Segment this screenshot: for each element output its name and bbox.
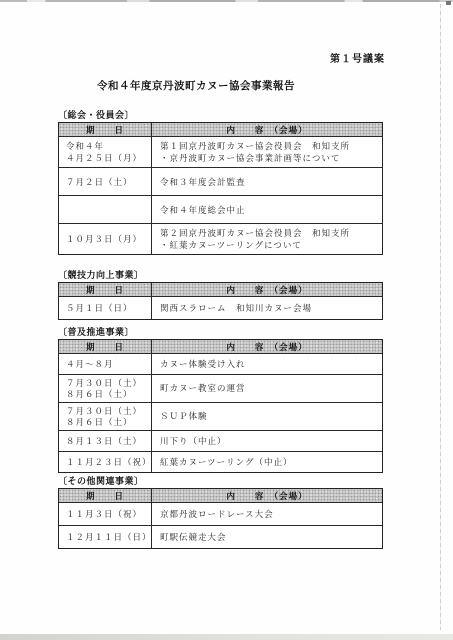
content-cell: 町カヌー教室の運営 (152, 375, 382, 402)
date-cell: ８月１３日（土） (59, 431, 152, 451)
column-header-date: 期 日 (59, 123, 152, 136)
content-text: 令和４年度総会中止 (160, 204, 378, 216)
table-row: １１月３日（祝）京都丹波ロードレース大会 (59, 502, 382, 525)
content-text: 川下り（中止） (160, 436, 378, 447)
table-row: １２月１１日（日）町駅伝競走大会 (59, 525, 382, 548)
table-header-row: 期 日 内 容 （会場） (59, 283, 382, 296)
content-text: ・京丹波町カヌー協会事業計画等について (160, 152, 378, 164)
table-row: ８月１３日（土）川下り（中止） (59, 430, 382, 451)
date-text: １１月３日（祝） (66, 509, 147, 520)
report-section: 〔競技力向上事業〕 期 日 内 容 （会場） ５月１日（日）関西スラローム 和知… (58, 270, 383, 320)
content-text: 第２回京丹波町カヌー協会役員会 和知支所 (160, 227, 378, 239)
column-header-content: 内 容 （会場） (152, 123, 382, 136)
content-cell: 関西スラローム 和知川カヌー会場 (152, 297, 382, 319)
content-cell: 紅葉カヌーツーリング（中止） (152, 452, 382, 472)
content-cell: 令和３年度会計監査 (152, 168, 382, 195)
date-text: ４月２５日（月） (66, 152, 147, 164)
content-cell: 町駅伝競走大会 (152, 526, 382, 548)
table-header-row: 期 日 内 容 （会場） (59, 340, 382, 353)
date-text: ７月２日（土） (66, 176, 147, 188)
column-header-content: 内 容 （会場） (152, 340, 382, 353)
date-cell: ７月３０日（土）８月６日（土） (59, 375, 152, 402)
column-header-content: 内 容 （会場） (152, 489, 382, 502)
table-row: １１月２３日（祝）紅葉カヌーツーリング（中止） (59, 451, 382, 472)
date-cell: １１月２３日（祝） (59, 452, 152, 472)
content-cell: 第１回京丹波町カヌー協会役員会 和知支所・京丹波町カヌー協会事業計画等について (152, 137, 382, 167)
column-header-date: 期 日 (59, 283, 152, 296)
date-text: ８月６日（土） (66, 417, 147, 428)
date-text: ８月１３日（土） (66, 436, 147, 447)
report-section: 〔普及推進事業〕 期 日 内 容 （会場） ４月〜８月カヌー体験受け入れ７月３０… (58, 327, 383, 473)
content-cell: ＳＵＰ体験 (152, 403, 382, 430)
content-text: 令和３年度会計監査 (160, 176, 378, 188)
document-title: 令和４年度京丹波町カヌー協会事業報告 (56, 78, 336, 93)
column-header-date: 期 日 (59, 340, 152, 353)
table-row: ７月２日（土）令和３年度会計監査 (59, 167, 382, 195)
date-text: ５月１日（日） (66, 303, 147, 314)
column-header-date: 期 日 (59, 489, 152, 502)
scan-artifact-corner-mark (446, 1, 451, 5)
date-cell: 令和４年４月２５日（月） (59, 137, 152, 167)
date-text: ７月３０日（土） (66, 406, 147, 417)
content-text: カヌー体験受け入れ (160, 359, 378, 370)
column-header-content: 内 容 （会場） (152, 283, 382, 296)
content-cell: 川下り（中止） (152, 431, 382, 451)
content-text: 関西スラローム 和知川カヌー会場 (160, 303, 378, 314)
scan-artifact-top-edge (0, 0, 453, 2)
date-cell: ７月２日（土） (59, 168, 152, 195)
table-header-row: 期 日 内 容 （会場） (59, 123, 382, 136)
report-section: 〔総会・役員会〕 期 日 内 容 （会場） 令和４年４月２５日（月）第１回京丹波… (58, 110, 383, 255)
schedule-table: 期 日 内 容 （会場） ４月〜８月カヌー体験受け入れ７月３０日（土）８月６日（… (58, 339, 383, 473)
section-label: 〔総会・役員会〕 (58, 110, 383, 120)
table-row: ４月〜８月カヌー体験受け入れ (59, 353, 382, 374)
date-text: 令和４年 (66, 140, 147, 152)
date-cell (59, 196, 152, 223)
scanned-document-page: 第１号議案 令和４年度京丹波町カヌー協会事業報告 〔総会・役員会〕 期 日 内 … (0, 0, 453, 640)
content-cell: 京都丹波ロードレース大会 (152, 503, 382, 525)
date-cell: １１月３日（祝） (59, 503, 152, 525)
proposal-number: 第１号議案 (330, 50, 385, 65)
scan-artifact-right-line (440, 4, 441, 630)
table-row: 令和４年４月２５日（月）第１回京丹波町カヌー協会役員会 和知支所・京丹波町カヌー… (59, 136, 382, 167)
content-text: 京都丹波ロードレース大会 (160, 509, 378, 520)
date-cell: １０月３日（月） (59, 224, 152, 254)
date-text: ４月〜８月 (66, 359, 147, 370)
table-header-row: 期 日 内 容 （会場） (59, 489, 382, 502)
content-cell: カヌー体験受け入れ (152, 354, 382, 374)
table-row: ７月３０日（土）８月６日（土）ＳＵＰ体験 (59, 402, 382, 430)
content-text: 町カヌー教室の運営 (160, 383, 378, 394)
content-text: ＳＵＰ体験 (160, 411, 378, 422)
date-text: ８月６日（土） (66, 389, 147, 400)
content-text: 第１回京丹波町カヌー協会役員会 和知支所 (160, 140, 378, 152)
table-row: 令和４年度総会中止 (59, 195, 382, 223)
date-cell: ７月３０日（土）８月６日（土） (59, 403, 152, 430)
table-row: ７月３０日（土）８月６日（土）町カヌー教室の運営 (59, 374, 382, 402)
report-section: 〔その他関連事業〕 期 日 内 容 （会場） １１月３日（祝）京都丹波ロードレー… (58, 476, 383, 549)
content-text: 町駅伝競走大会 (160, 532, 378, 543)
schedule-table: 期 日 内 容 （会場） ５月１日（日）関西スラローム 和知川カヌー会場 (58, 282, 383, 320)
scan-artifact-bottom-band (0, 634, 453, 640)
date-text: １２月１１日（日） (66, 532, 147, 543)
content-text: ・紅葉カヌーツーリングについて (160, 239, 378, 251)
date-text: １１月２３日（祝） (66, 457, 147, 468)
content-cell: 令和４年度総会中止 (152, 196, 382, 223)
table-row: １０月３日（月）第２回京丹波町カヌー協会役員会 和知支所・紅葉カヌーツーリングに… (59, 223, 382, 254)
date-cell: ５月１日（日） (59, 297, 152, 319)
content-text: 紅葉カヌーツーリング（中止） (160, 457, 378, 468)
table-row: ５月１日（日）関西スラローム 和知川カヌー会場 (59, 296, 382, 319)
date-text: ７月３０日（土） (66, 378, 147, 389)
date-text: １０月３日（月） (66, 233, 147, 245)
section-label: 〔その他関連事業〕 (58, 476, 383, 486)
section-label: 〔競技力向上事業〕 (58, 270, 383, 280)
section-label: 〔普及推進事業〕 (58, 327, 383, 337)
schedule-table: 期 日 内 容 （会場） １１月３日（祝）京都丹波ロードレース大会１２月１１日（… (58, 488, 383, 549)
date-cell: ４月〜８月 (59, 354, 152, 374)
content-cell: 第２回京丹波町カヌー協会役員会 和知支所・紅葉カヌーツーリングについて (152, 224, 382, 254)
schedule-table: 期 日 内 容 （会場） 令和４年４月２５日（月）第１回京丹波町カヌー協会役員会… (58, 122, 383, 255)
date-cell: １２月１１日（日） (59, 526, 152, 548)
